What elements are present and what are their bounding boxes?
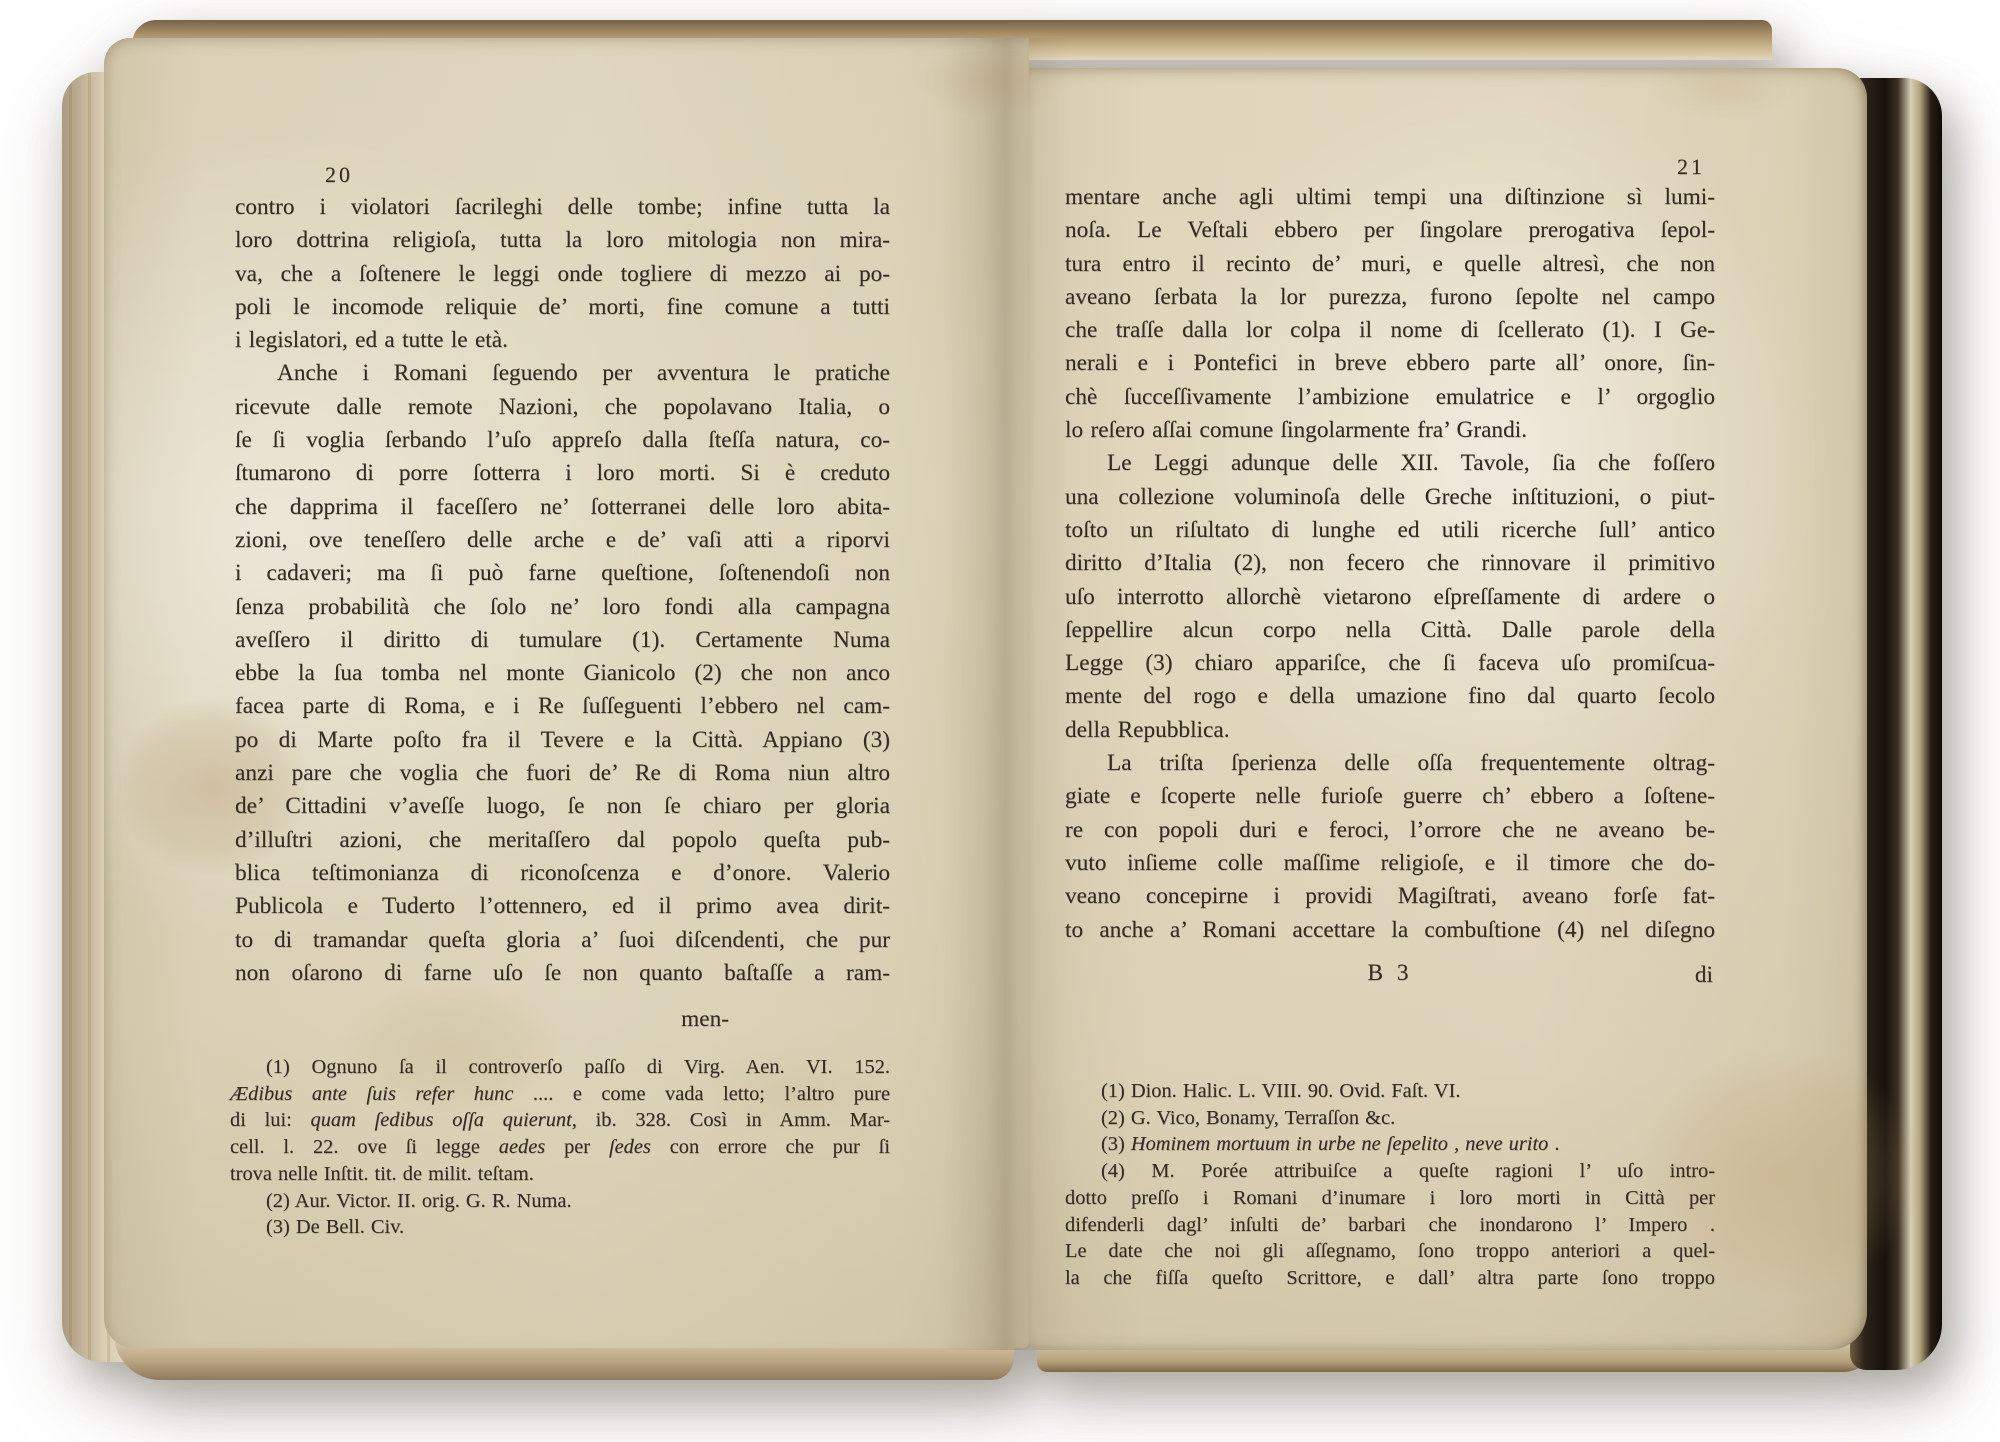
body-text-line: d’illuſtri azioni, che meritaſſero dal p…	[235, 824, 890, 857]
footnote-line: dotto preſſo i Romani d’inumare i loro m…	[1065, 1185, 1715, 1212]
footnote-line: Le date che noi gli aſſegnamo, ſono trop…	[1065, 1238, 1715, 1265]
body-text-line: giate e ſcoperte nelle furioſe guerre ch…	[1065, 780, 1715, 813]
body-text-line: to di tramandar queſta gloria a’ ſuoi di…	[235, 924, 890, 957]
body-text-line: contro i violatori ſacrileghi delle tomb…	[235, 191, 890, 224]
right-page-footnotes: (1) Dion. Halic. L. VIII. 90. Ovid. Faſt…	[1065, 1078, 1715, 1292]
body-text-line: chè ſucceſſivamente l’ambizione emulatri…	[1065, 381, 1715, 414]
body-text-line: tura entro il recinto de’ muri, e quelle…	[1065, 248, 1715, 281]
footnote-line: (2) Aur. Victor. II. orig. G. R. Numa.	[230, 1188, 890, 1215]
body-text-line: che traſſe dalla lor colpa il nome di ſc…	[1065, 314, 1715, 347]
body-text-line: va, che a ſoſtenere le leggi onde toglie…	[235, 258, 890, 291]
body-text-line: diritto d’Italia (2), non fecero che rin…	[1065, 547, 1715, 580]
footnote-line: (3) Hominem mortuum in urbe ne ſepelito …	[1065, 1131, 1715, 1158]
footnote-line: di lui: quam ſedibus oſſa quierunt, ib. …	[230, 1107, 890, 1134]
catchword-right: di	[1065, 962, 1713, 989]
body-text-line: toſto un riſultato di lunghe ed utili ri…	[1065, 514, 1715, 547]
body-text-line: uſo interrotto allorchè vietarono eſpreſ…	[1065, 581, 1715, 614]
footnote-line: (4) M. Porée attribuiſce a queſte ragion…	[1065, 1158, 1715, 1185]
footnote-line: difenderli dagl’ inſulti de’ barbari che…	[1065, 1212, 1715, 1239]
body-text-line: to anche a’ Romani accettare la combuſti…	[1065, 914, 1715, 947]
body-text-line: noſa. Le Veſtali ebbero per ſingolare pr…	[1065, 214, 1715, 247]
footnote-line: (1) Dion. Halic. L. VIII. 90. Ovid. Faſt…	[1065, 1078, 1715, 1105]
body-text-line: nerali e i Pontefici in breve ebbero par…	[1065, 347, 1715, 380]
body-text-line: ſeppellire alcun corpo nella Città. Dall…	[1065, 614, 1715, 647]
footnote-line: cell. l. 22. ove ſi legge aedes per ſede…	[230, 1134, 890, 1161]
body-text-line: vuto inſieme colle maſſime religioſe, e …	[1065, 847, 1715, 880]
body-text-line: facea parte di Roma, e i Re ſuſſeguenti …	[235, 690, 890, 723]
body-text-line: blica teſtimonianza di riconoſcenza e d’…	[235, 857, 890, 890]
footnote-line: Ædibus ante ſuis refer hunc .... e come …	[230, 1081, 890, 1108]
body-text-line: Le Leggi adunque delle XII. Tavole, ſia …	[1065, 447, 1715, 480]
footnote-line: (2) G. Vico, Bonamy, Terraſſon &c.	[1065, 1105, 1715, 1132]
body-text-line: re con popoli duri e feroci, l’orrore ch…	[1065, 814, 1715, 847]
body-text-line: mente del rogo e della umazione fino dal…	[1065, 680, 1715, 713]
footnote-line: (3) De Bell. Civ.	[230, 1214, 890, 1241]
body-text-line: mentare anche agli ultimi tempi una diſt…	[1065, 181, 1715, 214]
body-text-line: i cadaveri; ma ſi può farne queſtione, ſ…	[235, 557, 890, 590]
body-text-line: ſe ſi voglia ſerbando l’uſo appreſo dall…	[235, 424, 890, 457]
body-text-line: che dapprima il faceſſero ne’ ſotterrane…	[235, 491, 890, 524]
body-text-line: una collezione voluminoſa delle Greche i…	[1065, 481, 1715, 514]
body-text-line: Anche i Romani ſeguendo per avventura le…	[235, 357, 890, 390]
footnote-line: la che fiſſa queſto Scrittore, e dall’ a…	[1065, 1265, 1715, 1292]
catchword-left: men-	[235, 1006, 729, 1033]
body-text-line: poli le incomode reliquie de’ morti, fin…	[235, 291, 890, 324]
open-book: 20 contro i violatori ſacrileghi delle t…	[62, 12, 1942, 1394]
body-text-line: loro dottrina religioſa, tutta la loro m…	[235, 224, 890, 257]
body-text-line: ebbe la ſua tomba nel monte Gianicolo (2…	[235, 657, 890, 690]
body-text-line: aveano ſerbata la lor purezza, furono ſe…	[1065, 281, 1715, 314]
page-number-left: 20	[325, 162, 353, 188]
body-text-line: anzi pare che voglia che fuori de’ Re di…	[235, 757, 890, 790]
book-photo: 20 contro i violatori ſacrileghi delle t…	[0, 0, 2000, 1442]
body-text-line: po di Marte poſto fra il Tevere e la Cit…	[235, 724, 890, 757]
body-text-line: Legge (3) chiaro appariſce, che ſi facev…	[1065, 647, 1715, 680]
footnote-line: (1) Ognuno ſa il controverſo paſſo di Vi…	[230, 1054, 890, 1081]
body-text-line: veano concepirne i providi Magiſtrati, a…	[1065, 880, 1715, 913]
left-page-body-text: contro i violatori ſacrileghi delle tomb…	[235, 191, 890, 990]
body-text-line: aveſſero il diritto di tumulare (1). Cer…	[235, 624, 890, 657]
body-text-line: Publicola e Tuderto l’ottennero, ed il p…	[235, 890, 890, 923]
footnote-line: trova nelle Inſtit. tit. de milit. teſta…	[230, 1161, 890, 1188]
page-number-right: 21	[1065, 154, 1715, 180]
body-text-line: La triſta ſperienza delle oſſa frequente…	[1065, 747, 1715, 780]
body-text-line: ricevute dalle remote Nazioni, che popol…	[235, 391, 890, 424]
body-text-line: non oſarono di farne uſo ſe non quanto b…	[235, 957, 890, 990]
body-text-line: della Repubblica.	[1065, 714, 1715, 747]
body-text-line: de’ Cittadini v’aveſſe luogo, ſe non ſe …	[235, 790, 890, 823]
left-page-footnotes: (1) Ognuno ſa il controverſo paſſo di Vi…	[230, 1054, 890, 1241]
body-text-line: ſtumarono di porre ſotterra i loro morti…	[235, 457, 890, 490]
body-text-line: zioni, ove teneſſero delle arche e de’ v…	[235, 524, 890, 557]
body-text-line: lo reſero aſſai comune ſingolarmente fra…	[1065, 414, 1715, 447]
body-text-line: ſenza probabilità che ſolo ne’ loro fond…	[235, 591, 890, 624]
body-text-line: i legislatori, ed a tutte le età.	[235, 324, 890, 357]
right-page-body-text: mentare anche agli ultimi tempi una diſt…	[1065, 181, 1715, 947]
